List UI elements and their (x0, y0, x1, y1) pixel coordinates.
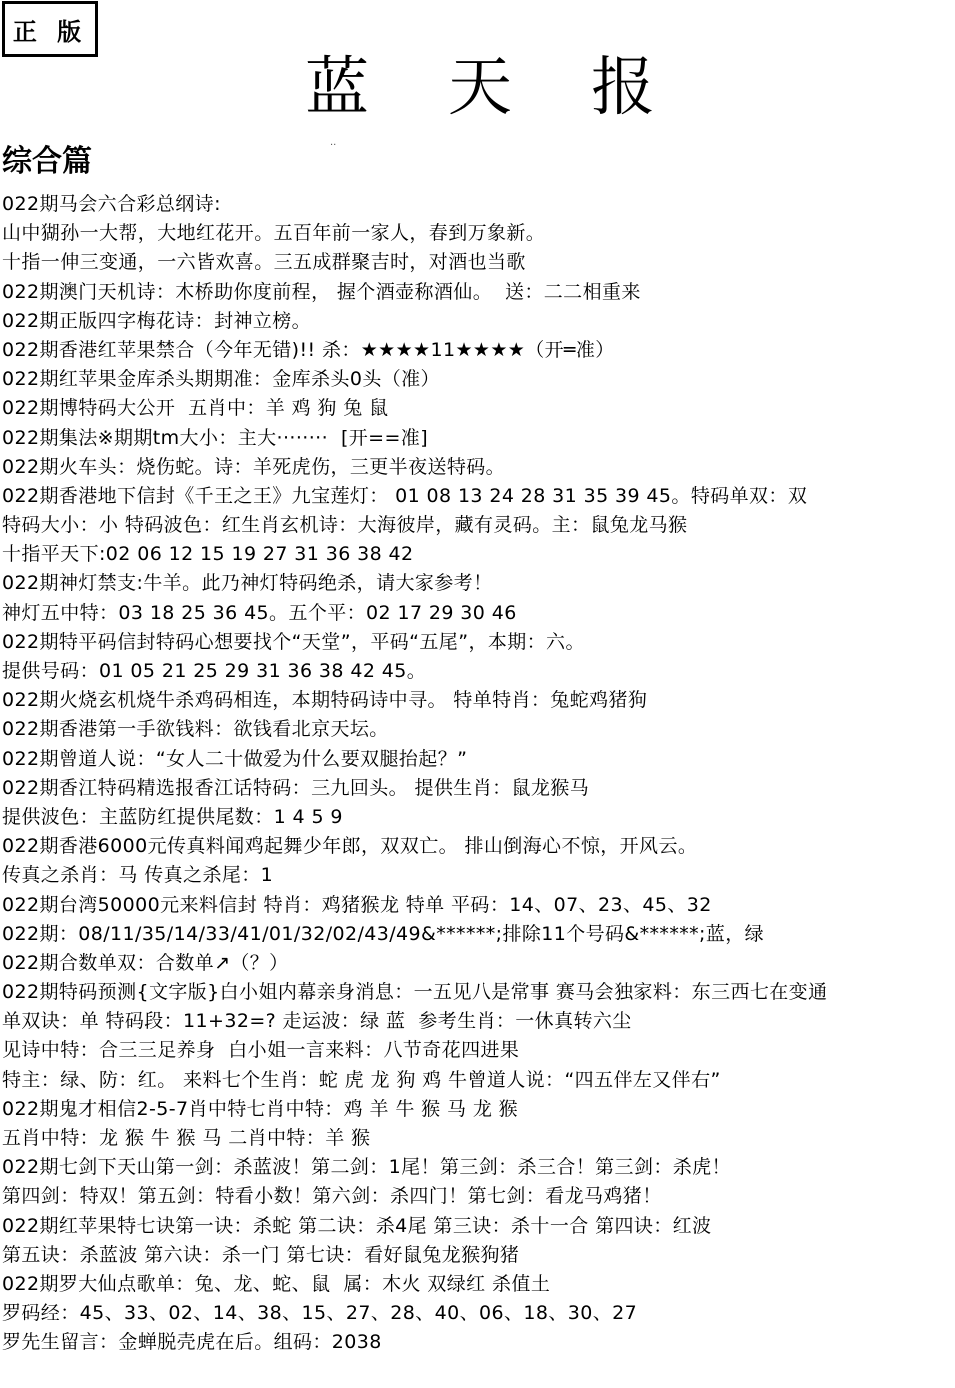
content-lines: 022期马会六合彩总纲诗: 山中猢孙一大帮，大地红花开。五百年前一家人，春到万象… (2, 190, 955, 1358)
text-line: 提供波色：主蓝防红提供尾数：1 4 5 9 (2, 803, 955, 832)
text-line: 022期特平码信封特码心想要找个“天堂”，平码“五尾”，本期：六。 (2, 628, 955, 657)
text-line: 特主：绿、防：红。 来料七个生肖：蛇 虎 龙 狗 鸡 牛曾道人说：“四五伴左又伴… (2, 1066, 955, 1095)
text-line: 五肖中特：龙 猴 牛 猴 马 二肖中特：羊 猴 (2, 1124, 955, 1153)
text-line: 022期红苹果特七诀第一诀：杀蛇 第二诀：杀4尾 第三诀：杀十一合 第四诀：红波 (2, 1212, 955, 1241)
section-heading: 综合篇 (2, 142, 92, 182)
text-line: 022期红苹果金库杀头期期准：金库杀头0头（准） (2, 365, 955, 394)
text-line: 022期特码预测{文字版}白小姐内幕亲身消息：一五见八是常事 赛马会独家料：东三… (2, 978, 955, 1007)
text-line: 022期火车头：烧伤蛇。诗：羊死虎伤，三更半夜送特码。 (2, 453, 955, 482)
text-line: 022期香港红苹果禁合（今年无错)!! 杀：★★★★11★★★★（开═准） (2, 336, 955, 365)
text-line: 022期合数单双：合数单↗（？） (2, 949, 955, 978)
text-line: 022期香港地下信封《千王之王》九宝莲灯： 01 08 13 24 28 31 … (2, 482, 955, 511)
text-line: 单双诀：单 特码段：11+32=? 走运波：绿 蓝 参考生肖：一休真转六尘 (2, 1007, 955, 1036)
text-line: 022期神灯禁支:牛羊。此乃神灯特码绝杀，请大家参考！ (2, 569, 955, 598)
badge-label: 正 版 (13, 12, 87, 47)
text-line: 十指一伸三变通，一六皆欢喜。三五成群聚吉时，对酒也当歌 (2, 248, 955, 277)
text-line: 022期香江特码精选报香江话特码：三九回头。 提供生肖：鼠龙猴马 (2, 774, 955, 803)
text-line: 第四剑：特双！第五剑：特看小数！第六剑：杀四门！第七剑：看龙马鸡猪！ (2, 1182, 955, 1211)
text-line: 罗码经：45、33、02、14、38、15、27、28、40、06、18、30、… (2, 1299, 955, 1328)
text-line: 022期马会六合彩总纲诗: (2, 190, 955, 219)
title-char-1: 蓝 (305, 52, 369, 124)
text-line: 022期火烧玄机烧牛杀鸡码相连，本期特码诗中寻。 特单特肖：兔蛇鸡猪狗 (2, 686, 955, 715)
text-line: 022期：08/11/35/14/33/41/01/32/02/43/49&**… (2, 920, 955, 949)
text-line: 022期香港第一手欲钱料：欲钱看北京天坛。 (2, 715, 955, 744)
text-line: 第五诀：杀蓝波 第六诀：杀一门 第七诀：看好鼠兔龙猴狗猪 (2, 1241, 955, 1270)
text-line: 见诗中特：合三三足养身 白小姐一言来料：八节奇花四进果 (2, 1036, 955, 1065)
authentic-edition-badge: 正 版 (2, 1, 98, 57)
text-line: 022期香港6000元传真料闻鸡起舞少年郎，双双亡。 排山倒海心不惊，开风云。 (2, 832, 955, 861)
decorative-dots: ·· (330, 140, 336, 151)
text-line: 022期七剑下天山第一剑：杀蓝波！第二剑：1尾！第三剑：杀三合！第三剑：杀虎！ (2, 1153, 955, 1182)
title-char-3: 报 (591, 52, 655, 124)
text-line: 提供号码：01 05 21 25 29 31 36 38 42 45。 (2, 657, 955, 686)
text-line: 022期鬼才相信2-5-7肖中特七肖中特：鸡 羊 牛 猴 马 龙 猴 (2, 1095, 955, 1124)
text-line: 022期澳门天机诗：木桥助你度前程， 握个酒壶称酒仙。 送：二二相重来 (2, 278, 955, 307)
text-line: 山中猢孙一大帮，大地红花开。五百年前一家人，春到万象新。 (2, 219, 955, 248)
text-line: 022期罗大仙点歌单：兔、龙、蛇、鼠 属：木火 双绿红 杀值土 (2, 1270, 955, 1299)
text-line: 022期博特码大公开 五肖中：羊 鸡 狗 兔 鼠 (2, 394, 955, 423)
text-line: 十指平天下:02 06 12 15 19 27 31 36 38 42 (2, 540, 955, 569)
text-line: 022期曾道人说：“女人二十做爱为什么要双腿抬起？” (2, 745, 955, 774)
text-line: 022期台湾50000元来料信封 特肖：鸡猪猴龙 特单 平码：14、07、23、… (2, 891, 955, 920)
text-line: 传真之杀肖：马 传真之杀尾：1 (2, 861, 955, 890)
text-line: 罗先生留言：金蝉脱壳虎在后。组码：2038 (2, 1328, 955, 1357)
text-line: 神灯五中特：03 18 25 36 45。五个平：02 17 29 30 46 (2, 599, 955, 628)
text-line: 022期正版四字梅花诗：封神立榜。 (2, 307, 955, 336)
text-line: 特码大小：小 特码波色：红生肖玄机诗：大海彼岸，藏有灵码。主：鼠兔龙马猴 (2, 511, 955, 540)
text-line: 022期集法※期期tm大小：主大········ [开==准] (2, 424, 955, 453)
page-title: 蓝 天 报 (305, 52, 655, 124)
title-char-2: 天 (448, 52, 512, 124)
